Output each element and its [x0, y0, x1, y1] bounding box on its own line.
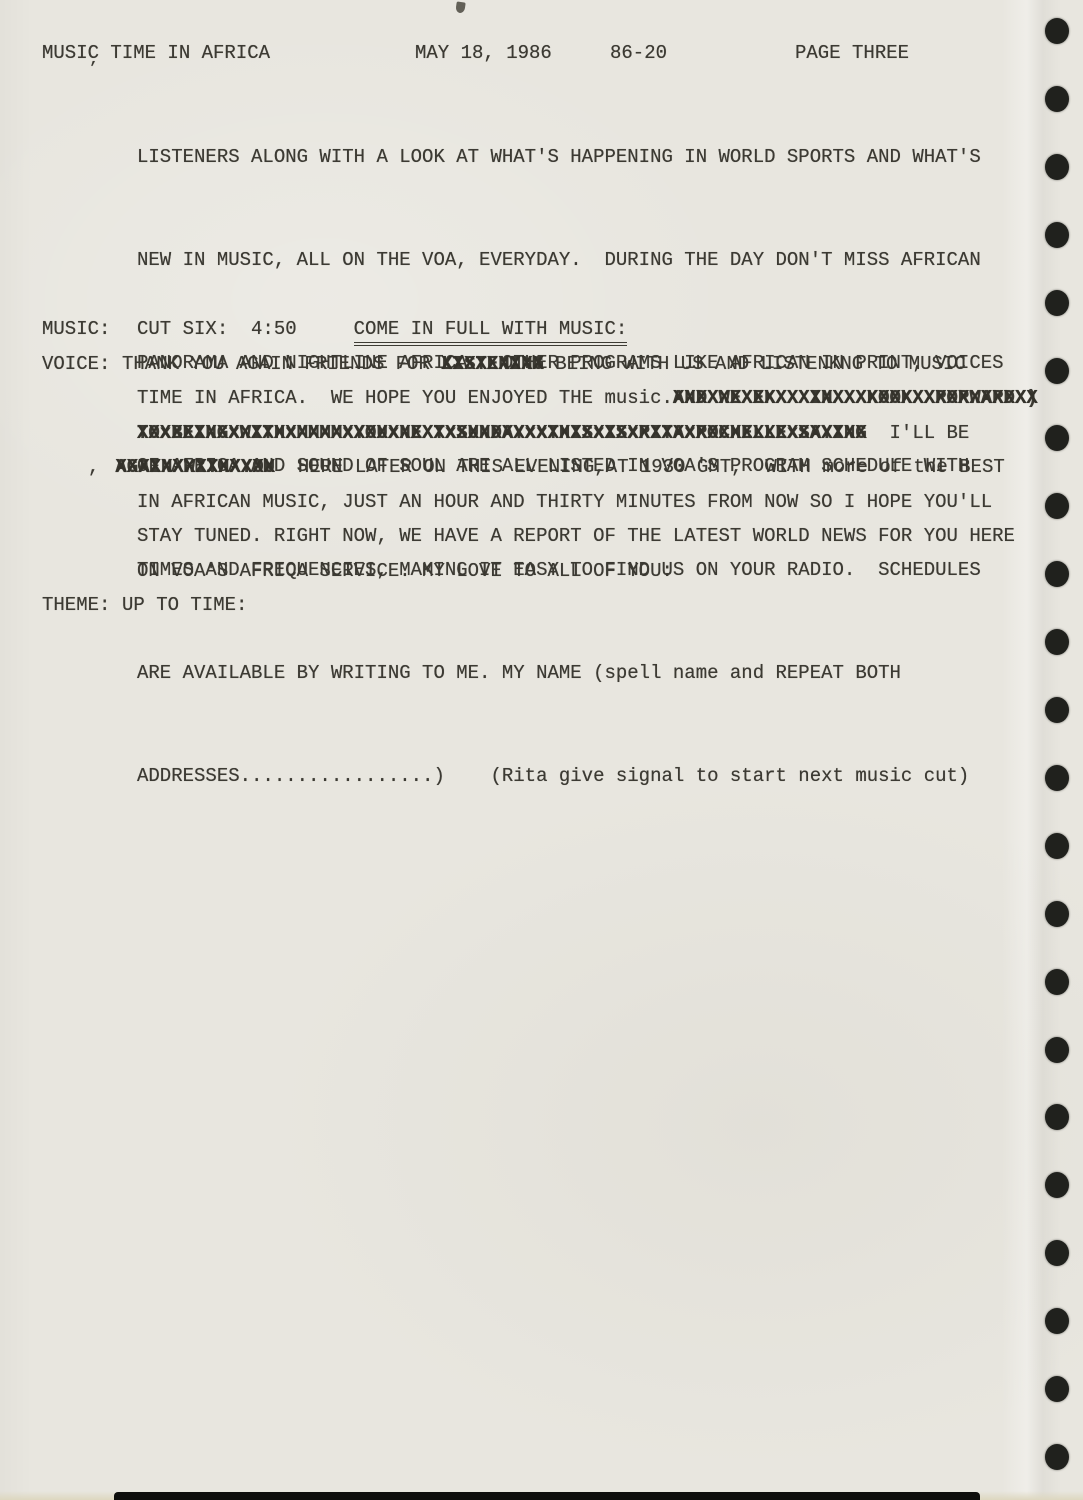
voice-line-5: IN AFRICAN MUSIC, JUST AN HOUR AND THIRT…: [137, 491, 992, 513]
voice-line-1: THANK YOU AGAIN FRIENDS FOR LISTENING BE…: [122, 353, 966, 375]
punch-hole: [1045, 1444, 1069, 1470]
punch-hole: [1045, 358, 1069, 384]
punch-hole: [1045, 1104, 1069, 1130]
punch-hole: [1045, 425, 1069, 451]
punch-hole: [1045, 765, 1069, 791]
voice-text: BEING WITH US AND LISTENKNG TO MUSIC: [544, 353, 966, 375]
punch-hole: [1045, 697, 1069, 723]
punch-hole: [1045, 86, 1069, 112]
punch-hole: [1045, 18, 1069, 44]
voice-line-4: ,AGAINXWITHXYOU HERE LATER ON THIS EVENI…: [88, 456, 1005, 478]
punch-hole: [1045, 1172, 1069, 1198]
voice-label: VOICE:: [42, 353, 110, 375]
punch-hole: [1045, 969, 1069, 995]
punch-hole: [1045, 561, 1069, 587]
scan-speck: [455, 1, 465, 13]
script-line: ADDRESSES.................) (Rita give s…: [137, 759, 1004, 793]
script-line: NEW IN MUSIC, ALL ON THE VOA, EVERYDAY. …: [137, 243, 1004, 277]
struck-out-text: ANDXWEXEKXXXINXXXKOOKXXRORWARDX): [673, 387, 1038, 409]
punch-hole: [1045, 629, 1069, 655]
struck-out-text: LISTENING: [441, 353, 544, 375]
broadcast-date: MAY 18, 1986: [415, 42, 552, 64]
voice-text: ,: [88, 456, 99, 478]
punch-hole: [1045, 290, 1069, 316]
program-title: MUSIC TIME IN AFRICA: [42, 42, 270, 64]
punch-hole: [1045, 1308, 1069, 1334]
punch-hole: [1045, 1037, 1069, 1063]
script-line: LISTENERS ALONG WITH A LOOK AT WHAT'S HA…: [137, 140, 1004, 174]
voice-text: THANK YOU AGAIN FRIENDS FOR: [122, 353, 441, 375]
punch-hole: [1045, 222, 1069, 248]
voice-line-3: TOxBEINGxWITHxMMMMxYOUxNEXTxSUNDAYxxTHIS…: [137, 422, 969, 444]
stray-apostrophe-mark: ’: [88, 60, 98, 79]
punch-hole: [1045, 1240, 1069, 1266]
punch-hole: [1045, 154, 1069, 180]
voice-text: TIME IN AFRICA. WE HOPE YOU ENJOYED THE …: [137, 387, 673, 409]
music-cut-info: CUT SIX: 4:50: [137, 318, 297, 340]
music-direction-underlined: COME IN FULL WITH MUSIC:: [354, 318, 628, 346]
struck-out-text: AGAINXWITHXYOU: [115, 456, 275, 478]
voice-line-6: STAY TUNED. RIGHT NOW, WE HAVE A REPORT …: [137, 525, 1015, 547]
page-number: PAGE THREE: [795, 42, 909, 64]
typewritten-script-page: MUSIC TIME IN AFRICA MAY 18, 1986 86-20 …: [0, 0, 1083, 1500]
theme-label: THEME:: [42, 594, 110, 616]
music-cue-line: CUT SIX: 4:50COME IN FULL WITH MUSIC:: [137, 318, 627, 340]
voice-line-7: ON VOA'S AFRICA SERVICE. MY LOVE TO ALL …: [137, 560, 673, 582]
script-line: ARE AVAILABLE BY WRITING TO ME. MY NAME …: [137, 656, 1004, 690]
punch-hole: [1045, 901, 1069, 927]
punch-hole: [1045, 493, 1069, 519]
scan-edge-bar: [114, 1492, 980, 1500]
voice-text: I'LL BE: [867, 422, 970, 444]
punch-hole: [1045, 833, 1069, 859]
theme-text: UP TO TIME:: [122, 594, 247, 616]
struck-out-text: TOxBEINGxWITHxMMMMxYOUxNEXTxSUNDAYxxTHIS…: [137, 422, 867, 444]
punch-hole: [1045, 1376, 1069, 1402]
episode-number: 86-20: [610, 42, 667, 64]
music-cue-label: MUSIC:: [42, 318, 110, 340]
voice-text: HERE LATER ON THIS EVENING,AT 1930 GMT, …: [275, 456, 1005, 478]
voice-line-2: TIME IN AFRICA. WE HOPE YOU ENJOYED THE …: [137, 387, 1038, 409]
